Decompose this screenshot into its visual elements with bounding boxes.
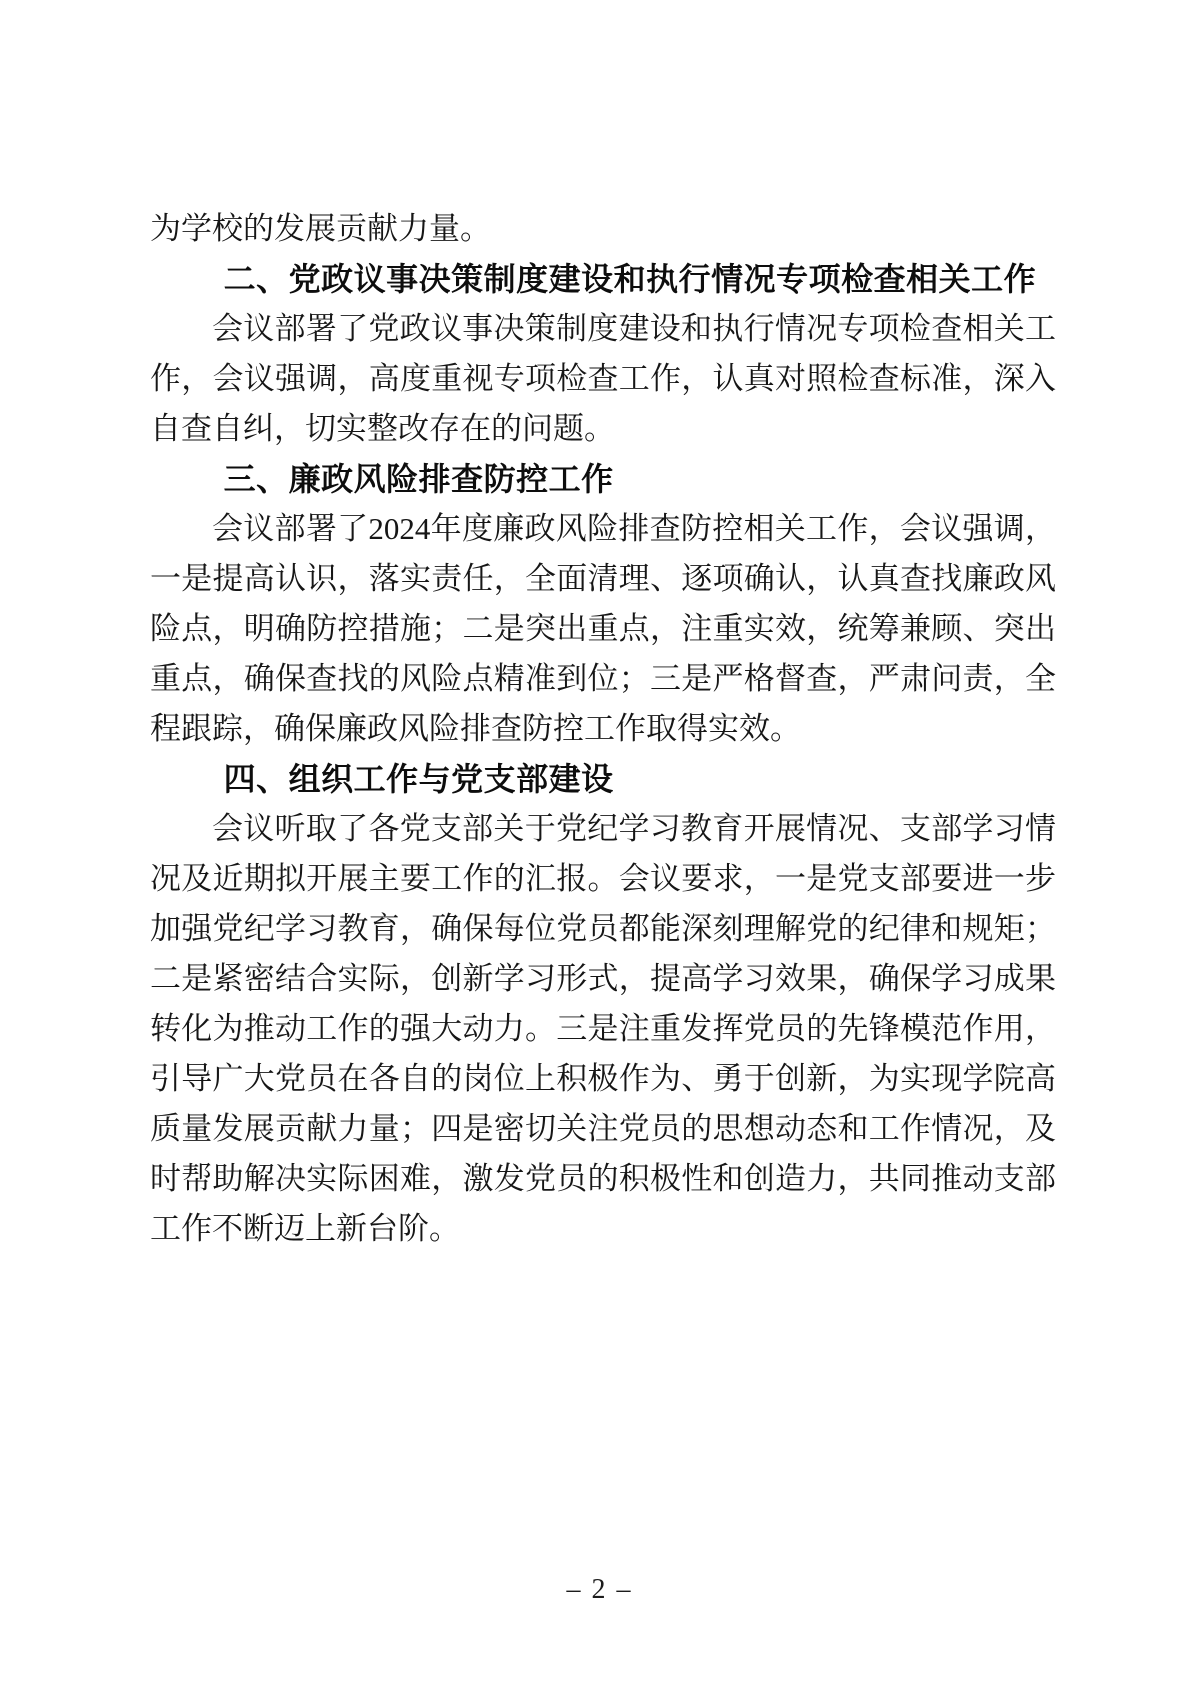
section-heading-2: 二、党政议事决策制度建设和执行情况专项检查相关工作 — [150, 254, 1056, 304]
document-body: 为学校的发展贡献力量。 二、党政议事决策制度建设和执行情况专项检查相关工作 会议… — [150, 204, 1056, 1254]
page-number: – 2 – — [0, 1574, 1199, 1606]
paragraph-continuation: 为学校的发展贡献力量。 — [150, 204, 1056, 254]
document-page: 为学校的发展贡献力量。 二、党政议事决策制度建设和执行情况专项检查相关工作 会议… — [0, 0, 1199, 1697]
section-heading-3: 三、廉政风险排查防控工作 — [150, 454, 1056, 504]
paragraph-section-2: 会议部署了党政议事决策制度建设和执行情况专项检查相关工作，会议强调，高度重视专项… — [150, 304, 1056, 454]
paragraph-section-4: 会议听取了各党支部关于党纪学习教育开展情况、支部学习情况及近期拟开展主要工作的汇… — [150, 804, 1056, 1254]
paragraph-section-3: 会议部署了2024年度廉政风险排查防控相关工作，会议强调，一是提高认识，落实责任… — [150, 504, 1056, 754]
section-heading-4: 四、组织工作与党支部建设 — [150, 754, 1056, 804]
